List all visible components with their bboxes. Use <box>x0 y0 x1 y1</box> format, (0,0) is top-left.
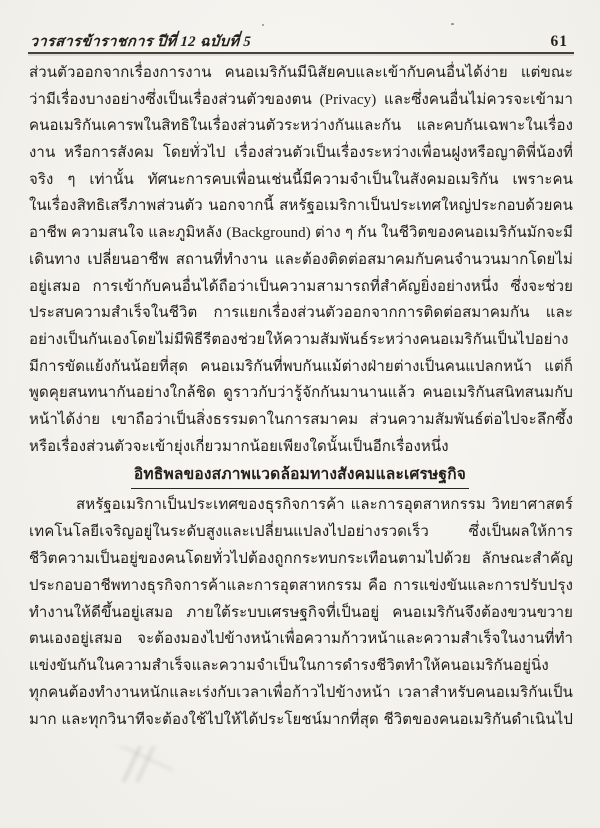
text-line: ประกอบอาชีพทางธุรกิจการค้าและการอุตสาหกร… <box>29 573 573 600</box>
text-line: เดินทาง เปลี่ยนอาชีพ สถานที่ทำงาน และต้อ… <box>29 247 573 274</box>
text-line: ว่ามีเรื่องบางอย่างซึ่งเป็นเรื่องส่วนตัว… <box>29 87 573 114</box>
text-line: ทุกคนต้องทำงานหนักและเร่งกับเวลาเพื่อก้า… <box>29 680 573 707</box>
page-number: 61 <box>551 33 569 51</box>
text-line: ประสบความสำเร็จในชีวิต การแยกเรื่องส่วนต… <box>29 300 573 327</box>
text-line: หน้าได้ง่าย เขาถือว่าเป็นสิ่งธรรมดาในการ… <box>29 407 573 434</box>
text-line: ส่วนตัวออกจากเรื่องการงาน คนอเมริกันมีนิ… <box>29 60 573 87</box>
body-paragraph-1: ส่วนตัวออกจากเรื่องการงาน คนอเมริกันมีนิ… <box>29 60 573 460</box>
text-line: จริง ๆ เท่านั้น ทัศนะการคบเพื่อนเช่นนี้ม… <box>29 167 573 194</box>
section-heading: อิทธิพลของสภาพแวดล้อมทางสังคมและเศรษฐกิจ <box>0 461 600 489</box>
running-header: วารสารข้าราชการ ปีที่ 12 ฉบับที่ 5 61 <box>30 30 568 53</box>
text-line: ชีวิตความเป็นอยู่ของคนโดยทั่วไปต้องถูกกร… <box>29 546 573 573</box>
text-line: เทคโนโลยีเจริญอยู่ในระดับสูงและเปลี่ยนแป… <box>29 519 573 546</box>
text-line: อยู่เสมอ การเข้ากับคนอื่นได้ถือว่าเป็นคว… <box>29 274 573 301</box>
text-line: งาน หรือการสังคม โดยทั่วไป เรื่องส่วนตัว… <box>29 140 573 167</box>
text-line: ในเรื่องสิทธิเสรีภาพส่วนตัว นอกจากนี้ สห… <box>29 193 573 220</box>
text-line: ตนเองอยู่เสมอ จะต้องมองไปข้างหน้าเพื่อคว… <box>29 626 573 653</box>
text-line: หรือเรื่องส่วนตัวจะเข้ายุ่งเกี่ยวมากน้อย… <box>29 434 573 461</box>
text-line: อย่างเป็นกันเองโดยไม่มีพิธีรีตองช่วยให้ค… <box>29 327 573 354</box>
journal-title: วารสารข้าราชการ ปีที่ 12 ฉบับที่ 5 <box>29 30 252 53</box>
text-line: มีการขัดแย้งกันน้อยที่สุด คนอเมริกันที่พ… <box>29 354 573 381</box>
text-line: ทำงานให้ดีขึ้นอยู่เสมอ ภายใต้ระบบเศรษฐกิ… <box>29 600 573 627</box>
text-line: อาชีพ ความสนใจ และภูมิหลัง (Background) … <box>29 220 573 247</box>
header-rule <box>28 52 574 54</box>
scan-smudge <box>103 746 173 782</box>
text-line: มาก และทุกวินาทีจะต้องใช้ไปให้ได้ประโยชน… <box>29 707 573 734</box>
scanned-document-page: วารสารข้าราชการ ปีที่ 12 ฉบับที่ 5 61 ส่… <box>0 0 600 828</box>
text-line: คนอเมริกันเคารพในสิทธิในเรื่องส่วนตัวระห… <box>29 113 573 140</box>
scan-speck <box>451 23 454 25</box>
text-line: สหรัฐอเมริกาเป็นประเทศของธุรกิจการค้า แล… <box>29 492 573 519</box>
scan-speck <box>262 24 264 26</box>
text-line: แข่งขันกันในความสำเร็จและความจำเป็นในการ… <box>29 653 573 680</box>
body-paragraph-2: สหรัฐอเมริกาเป็นประเทศของธุรกิจการค้า แล… <box>29 492 573 734</box>
text-line: พูดคุยสนทนากันอย่างใกล้ชิด ดูราวกับว่ารู… <box>29 380 573 407</box>
section-heading-text: อิทธิพลของสภาพแวดล้อมทางสังคมและเศรษฐกิจ <box>131 461 469 489</box>
